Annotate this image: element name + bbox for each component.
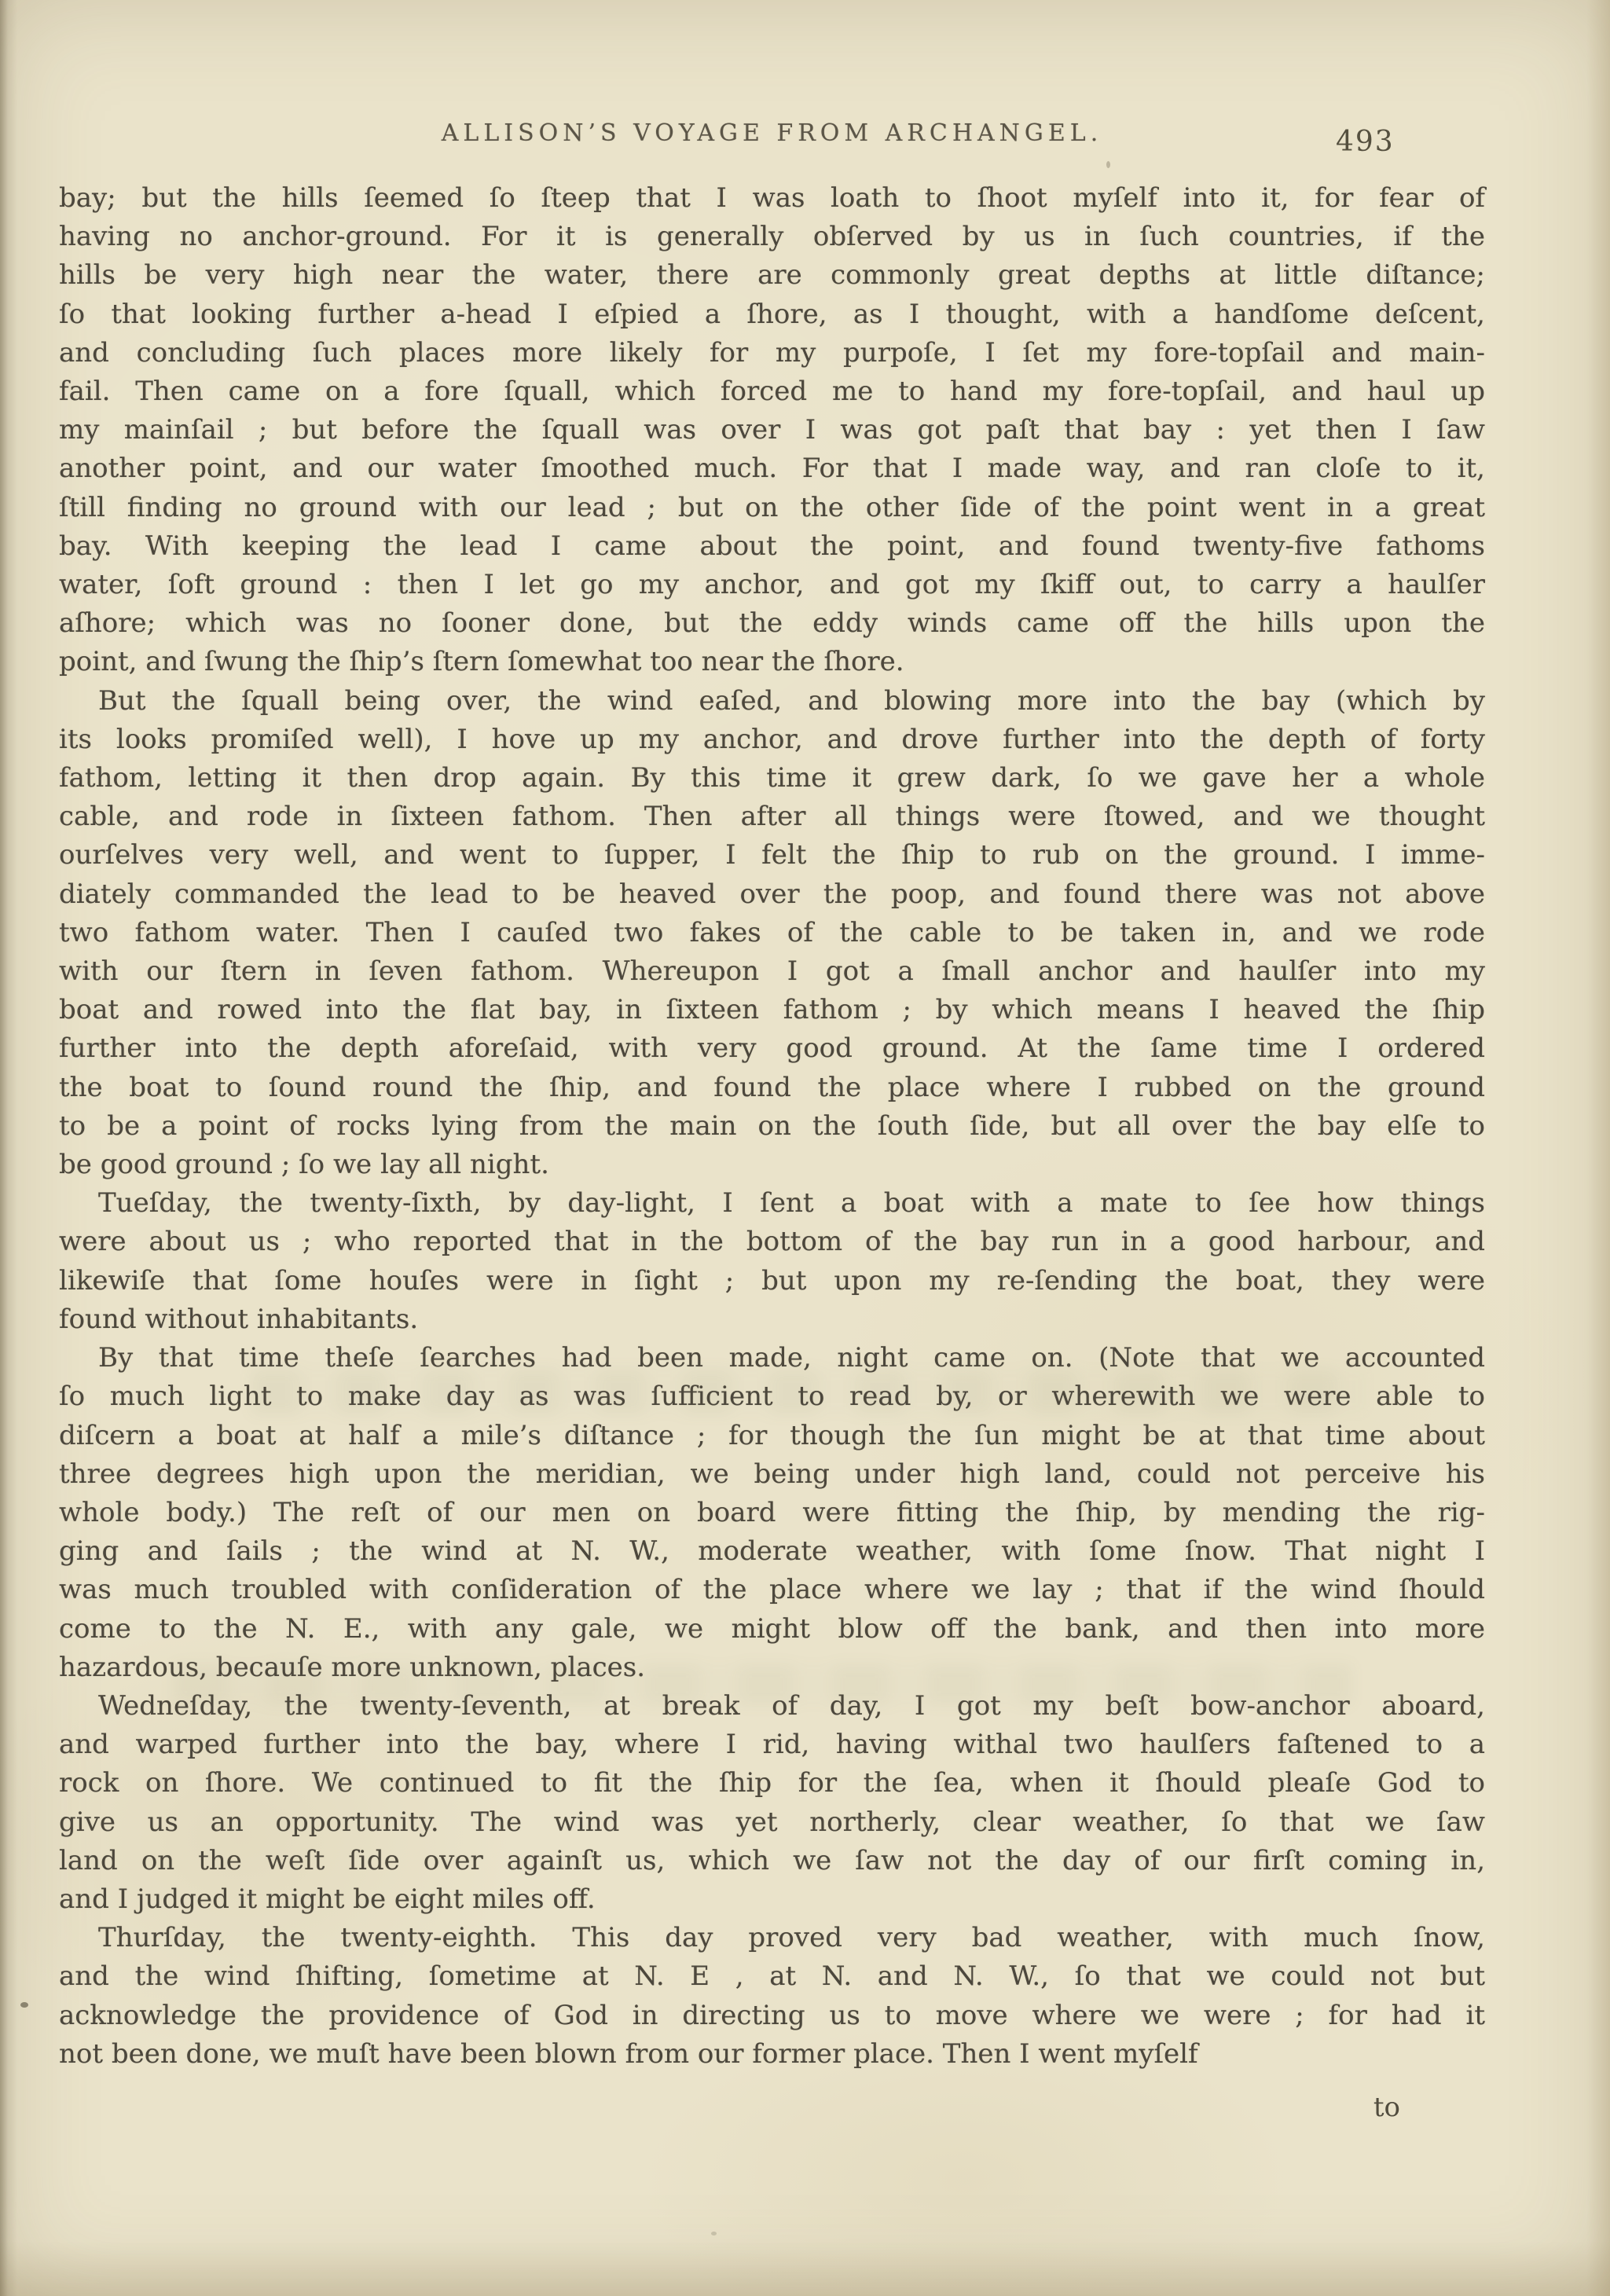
text-line: were about us ; who reported that in the… [59, 1223, 1485, 1261]
catchword: to [59, 2092, 1485, 2123]
paragraph: bay; but the hills ſeemed ſo ſteep that … [59, 179, 1485, 682]
text-line: and the wind ſhifting, ſometime at N. E … [59, 1957, 1485, 1996]
text-line: and concluding ſuch places more likely f… [59, 334, 1485, 372]
text-line: another point, and our water ſmoothed mu… [59, 449, 1485, 488]
text-line: its looks promiſed well), I hove up my a… [59, 721, 1485, 759]
paragraph: By that time theſe ſearches had been mad… [59, 1339, 1485, 1687]
text-line: acknowledge the providence of God in dir… [59, 1997, 1485, 2035]
text-line: Tueſday, the twenty-ſixth, by day-light,… [59, 1184, 1485, 1223]
text-line: rock on ſhore. We continued to fit the ſ… [59, 1764, 1485, 1803]
text-line: fail. Then came on a fore ſquall, which … [59, 372, 1485, 411]
text-line: point, and ſwung the ſhip’s ſtern ſomewh… [59, 643, 1485, 681]
text-line: ſtill finding no ground with our lead ; … [59, 489, 1485, 527]
text-line: hazardous, becauſe more unknown, places. [59, 1649, 1485, 1687]
text-line: whole body.) The reſt of our men on boar… [59, 1494, 1485, 1532]
text-line: found without inhabitants. [59, 1300, 1485, 1339]
text-line: with our ſtern in ſeven fathom. Whereupo… [59, 952, 1485, 991]
paragraph: Wedneſday, the twenty-ſeventh, at break … [59, 1687, 1485, 1919]
ink-speck [1106, 161, 1110, 168]
text-line: and I judged it might be eight miles off… [59, 1880, 1485, 1919]
paragraph: Thurſday, the twenty-eighth. This day pr… [59, 1919, 1485, 2074]
text-line: ſo that looking further a-head I eſpied … [59, 295, 1485, 334]
running-title: ALLISON’S VOYAGE FROM ARCHANGEL. [59, 119, 1485, 147]
text-line: ſo much light to make day as was ſuffici… [59, 1377, 1485, 1416]
text-line: boat and rowed into the flat bay, in ſix… [59, 991, 1485, 1029]
text-line: three degrees high upon the meridian, we… [59, 1455, 1485, 1494]
running-header: ALLISON’S VOYAGE FROM ARCHANGEL. 493 [59, 119, 1485, 167]
text-line: be good ground ; ſo we lay all night. [59, 1146, 1485, 1184]
text-line: give us an opportunity. The wind was yet… [59, 1803, 1485, 1842]
text-line: to be a point of rocks lying from the ma… [59, 1107, 1485, 1146]
text-line: was much troubled with conſideration of … [59, 1571, 1485, 1609]
text-line: further into the depth aforeſaid, with v… [59, 1029, 1485, 1068]
text-line: not been done, we muſt have been blown f… [59, 2035, 1485, 2074]
text-line: the boat to ſound round the ſhip, and fo… [59, 1069, 1485, 1107]
text-line: cable, and rode in ſixteen fathom. Then … [59, 798, 1485, 836]
text-line: ourſelves very well, and went to ſupper,… [59, 836, 1485, 875]
text-line: hills be very high near the water, there… [59, 256, 1485, 295]
text-line: bay. With keeping the lead I came about … [59, 527, 1485, 566]
text-line: come to the N. E., with any gale, we mig… [59, 1610, 1485, 1649]
text-line: and warped further into the bay, where I… [59, 1726, 1485, 1764]
text-line: By that time theſe ſearches had been mad… [59, 1339, 1485, 1377]
text-line: Thurſday, the twenty-eighth. This day pr… [59, 1919, 1485, 1957]
text-line: But the ſquall being over, the wind eaſe… [59, 682, 1485, 721]
page-right-edge-shadow [1586, 0, 1610, 2296]
text-line: likewiſe that ſome houſes were in ſight … [59, 1262, 1485, 1300]
text-line: fathom, letting it then drop again. By t… [59, 759, 1485, 798]
text-line: diately commanded the lead to be heaved … [59, 875, 1485, 914]
text-line: aſhore; which was no ſooner done, but th… [59, 604, 1485, 643]
page-number: 493 [1336, 126, 1395, 158]
text-line: having no anchor-ground. For it is gener… [59, 218, 1485, 256]
book-page-scan: ALLISON’S VOYAGE FROM ARCHANGEL. 493 bay… [0, 0, 1610, 2296]
body-text: bay; but the hills ſeemed ſo ſteep that … [59, 179, 1485, 2074]
page-left-edge-shadow [0, 0, 17, 2296]
text-line: two fathom water. Then I cauſed two fake… [59, 914, 1485, 952]
page-bottom-edge-shadow [0, 2241, 1610, 2296]
paragraph: But the ſquall being over, the wind eaſe… [59, 682, 1485, 1185]
text-line: water, ſoft ground : then I let go my an… [59, 566, 1485, 604]
ink-speck [20, 2002, 28, 2008]
paragraph: Tueſday, the twenty-ſixth, by day-light,… [59, 1184, 1485, 1339]
text-line: bay; but the hills ſeemed ſo ſteep that … [59, 179, 1485, 218]
text-line: my mainſail ; but before the ſquall was … [59, 411, 1485, 449]
text-line: diſcern a boat at half a mile’s diſtance… [59, 1417, 1485, 1455]
text-line: land on the weſt ſide over againſt us, w… [59, 1842, 1485, 1880]
ink-speck [711, 2232, 717, 2235]
text-line: Wedneſday, the twenty-ſeventh, at break … [59, 1687, 1485, 1726]
text-line: ging and ſails ; the wind at N. W., mode… [59, 1532, 1485, 1571]
